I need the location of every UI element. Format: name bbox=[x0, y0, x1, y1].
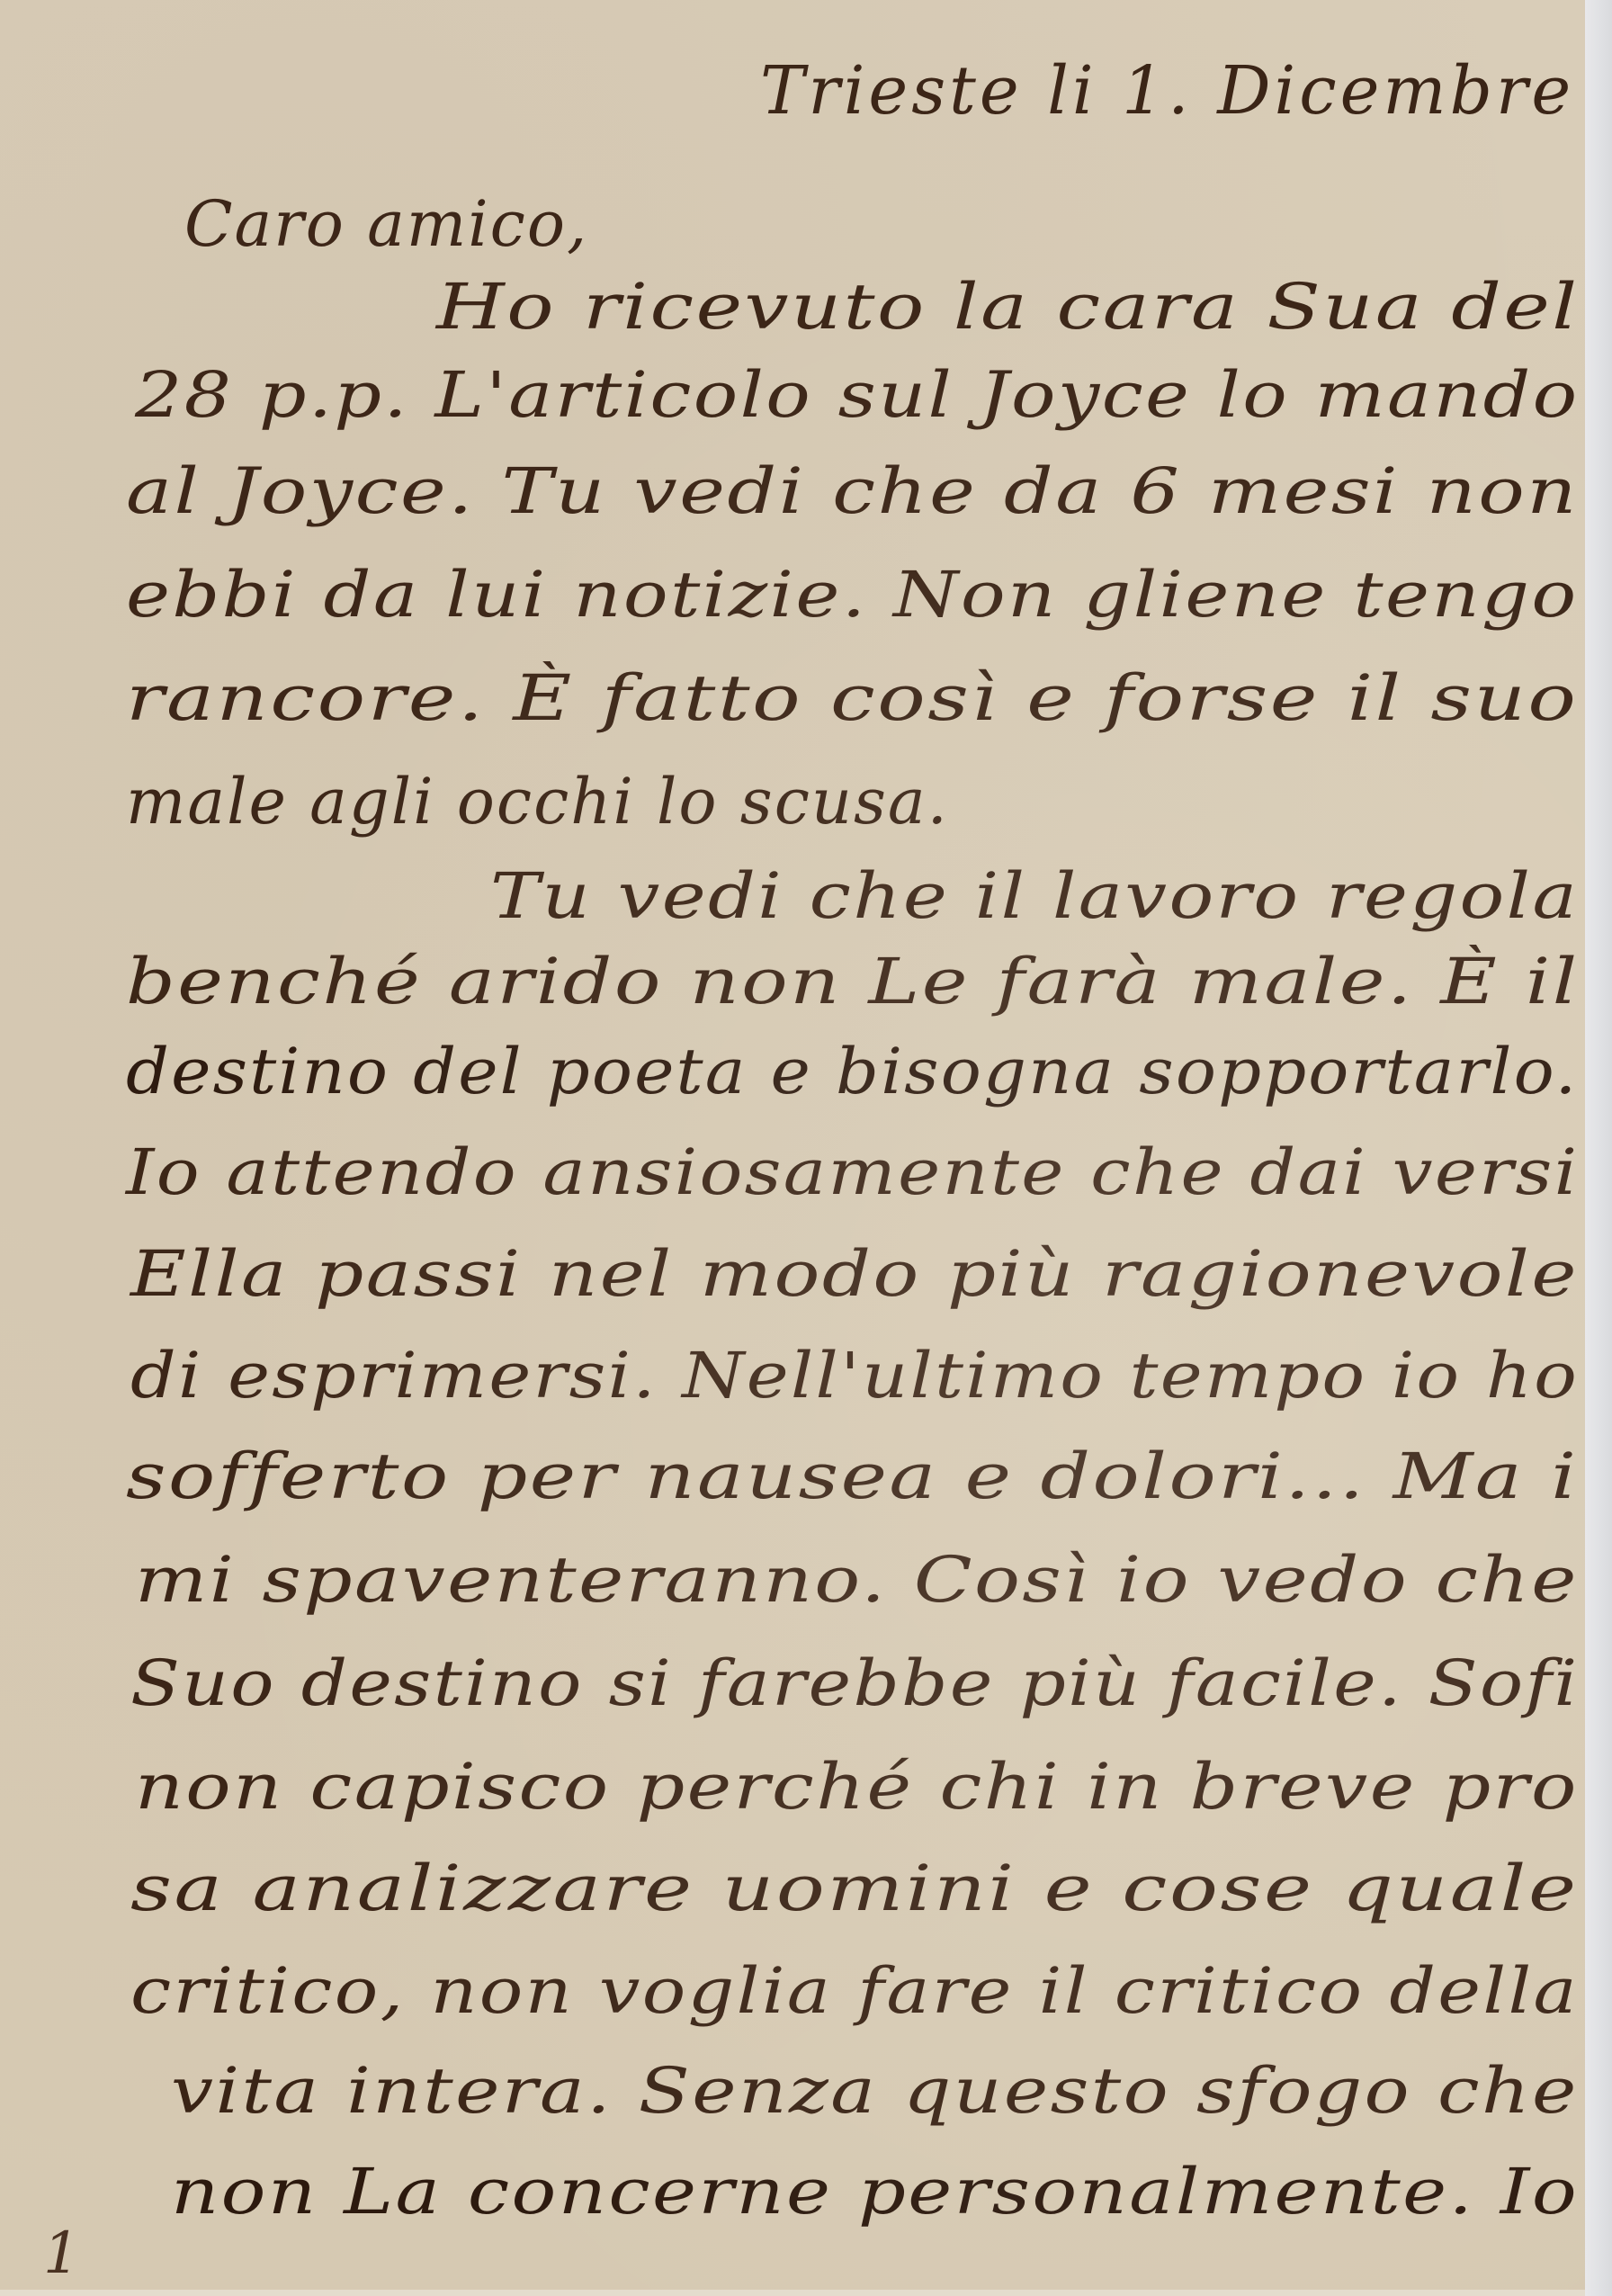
letter-line-10: Io attendo ansiosamente che dai versi bbox=[126, 1135, 1579, 1209]
letter-line-14: mi spaventeranno. Così io vedo che bbox=[135, 1543, 1579, 1617]
letter-line-11: Ella passi nel modo più ragionevole bbox=[130, 1237, 1579, 1311]
scan-border-bottom bbox=[0, 2290, 1585, 2296]
letter-line-3: al Joyce. Tu vedi che da 6 mesi non bbox=[126, 454, 1579, 528]
letter-line-20: non La concerne personalmente. Io bbox=[171, 2155, 1579, 2229]
letter-line-19: vita intera. Senza questo sfogo che bbox=[171, 2054, 1579, 2128]
letter-line-18: critico, non voglia fare il critico dell… bbox=[130, 1954, 1579, 2028]
letter-line-2: 28 p.p. L'articolo sul Joyce lo mando bbox=[135, 358, 1580, 432]
letter-line-13: sofferto per nausea e dolori... Ma i bbox=[126, 1439, 1578, 1513]
letter-line-15: Suo destino si farebbe più facile. Sofi bbox=[130, 1646, 1580, 1720]
letter-line-9: destino del poeta e bisogna sopportarlo. bbox=[126, 1035, 1578, 1108]
salutation: Caro amico, bbox=[184, 187, 588, 261]
letter-line-4: ebbi da lui notizie. Non gliene tengo bbox=[126, 558, 1579, 632]
date-line: Trieste li 1. Dicembre 19. bbox=[760, 52, 1612, 130]
letter-line-7: Tu vedi che il lavoro regola bbox=[490, 859, 1579, 933]
page-number: 1 bbox=[43, 2220, 80, 2287]
letter-page: Trieste li 1. Dicembre 19. Caro amico, H… bbox=[0, 0, 1585, 2290]
letter-line-8: benché arido non Le farà male. È il bbox=[126, 945, 1580, 1018]
letter-line-5: rancore. È fatto così e forse il suo bbox=[126, 661, 1578, 735]
scan-border-right bbox=[1585, 0, 1612, 2296]
letter-line-6: male agli occhi lo scusa. bbox=[126, 765, 949, 839]
letter-line-16: non capisco perché chi in breve pro bbox=[135, 1750, 1579, 1824]
letter-line-12: di esprimersi. Nell'ultimo tempo io ho bbox=[130, 1339, 1579, 1413]
letter-line-1: Ho ricevuto la cara Sua del bbox=[436, 270, 1580, 344]
letter-line-17: sa analizzare uomini e cose quale bbox=[130, 1852, 1579, 1925]
